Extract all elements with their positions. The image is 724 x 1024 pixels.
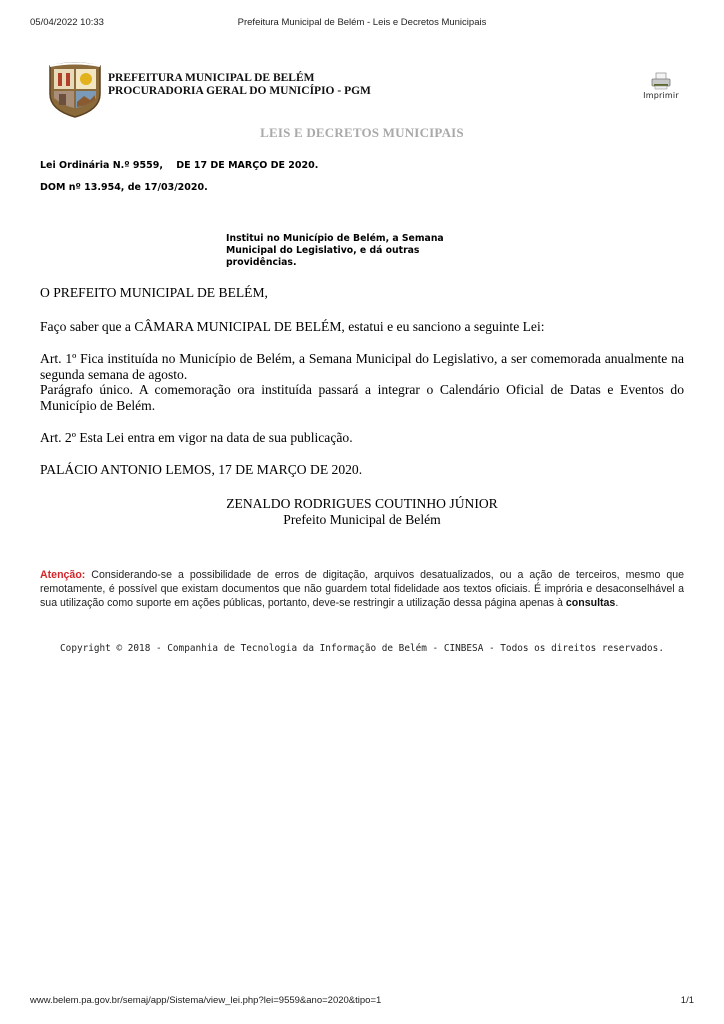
signature-block: ZENALDO RODRIGUES COUTINHO JÚNIOR Prefei… [0,496,724,527]
printer-icon [650,72,672,90]
print-page-title: Prefeitura Municipal de Belém - Leis e D… [0,17,724,28]
article-1-text: Art. 1º Fica instituída no Município de … [40,351,684,382]
section-title: LEIS E DECRETOS MUNICIPAIS [0,125,724,141]
law-greeting: O PREFEITO MUNICIPAL DE BELÉM, [40,285,684,301]
brand-line2: PROCURADORIA GERAL DO MUNICÍPIO - PGM [108,85,371,98]
disclaimer-notice: Atenção: Considerando-se a possibilidade… [40,568,684,610]
law-place-date: PALÁCIO ANTONIO LEMOS, 17 DE MARÇO DE 20… [40,462,684,478]
notice-emphasis: consultas [566,597,615,609]
brand-line1: PREFEITURA MUNICIPAL DE BELÉM [108,72,371,85]
article-1-paragraph: Parágrafo único. A comemoração ora insti… [40,382,684,413]
law-enactment: Faço saber que a CÂMARA MUNICIPAL DE BEL… [40,319,684,335]
law-identifier: Lei Ordinária N.º 9559, DE 17 DE MARÇO D… [40,160,318,171]
print-page-count: 1/1 [681,995,694,1006]
belem-coat-of-arms-icon [46,60,104,118]
law-article-1: Art. 1º Fica instituída no Município de … [40,351,684,413]
copyright-notice: Copyright © 2018 - Companhia de Tecnolog… [40,643,684,655]
law-article-2: Art. 2º Esta Lei entra em vigor na data … [40,430,684,446]
signer-name: ZENALDO RODRIGUES COUTINHO JÚNIOR [0,496,724,512]
law-ementa: Institui no Município de Belém, a Semana… [226,233,476,269]
print-button-label: Imprimir [640,91,682,100]
notice-end: . [615,597,618,609]
signer-title: Prefeito Municipal de Belém [0,512,724,528]
notice-label: Atenção: [40,569,85,581]
dom-reference: DOM nº 13.954, de 17/03/2020. [40,182,208,193]
print-footer: www.belem.pa.gov.br/semaj/app/Sistema/vi… [0,995,724,1009]
print-url: www.belem.pa.gov.br/semaj/app/Sistema/vi… [30,995,381,1006]
print-header: 05/04/2022 10:33 Prefeitura Municipal de… [0,17,724,31]
print-button[interactable]: Imprimir [640,72,682,102]
